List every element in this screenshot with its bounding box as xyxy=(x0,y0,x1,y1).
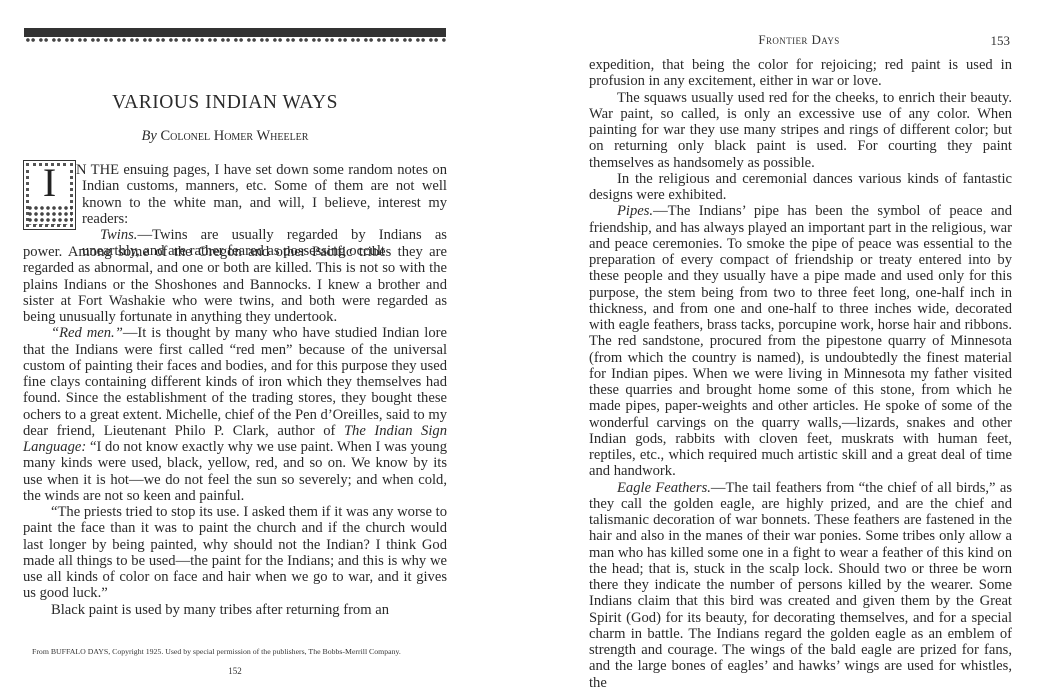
left-body-text: power. Among some of the Oregon and othe… xyxy=(23,244,447,618)
drop-cap-vine-band xyxy=(27,205,72,225)
section-heading-twins: Twins. xyxy=(100,227,137,243)
eagle-feathers-text: —The tail feathers from “the chief of al… xyxy=(589,480,1012,691)
intro-paragraph: N THE ensuing pages, I have set down som… xyxy=(82,162,447,227)
page-number: 153 xyxy=(991,33,1011,49)
body-paragraph: expedition, that being the color for rej… xyxy=(589,57,1012,90)
running-head: Frontier Days 153 xyxy=(588,32,1010,50)
red-men-text: —It is thought by many who have studied … xyxy=(23,325,447,439)
running-head-title: Frontier Days xyxy=(588,32,1010,48)
section-heading-eagle-feathers: Eagle Feathers. xyxy=(617,480,711,496)
body-paragraph-pipes: Pipes.—The Indians’ pipe has been the sy… xyxy=(589,203,1012,479)
footnote: From BUFFALO DAYS, Copyright 1925. Used … xyxy=(23,647,447,656)
body-paragraph: “The priests tried to stop its use. I as… xyxy=(23,504,447,602)
article-title: VARIOUS INDIAN WAYS xyxy=(0,92,450,114)
pipes-text: —The Indians’ pipe has been the symbol o… xyxy=(589,203,1012,479)
section-heading-red-men: “Red men.” xyxy=(51,325,123,341)
footnote-text: From BUFFALO DAYS, Copyright 1925. Used … xyxy=(23,647,401,656)
body-paragraph: In the religious and ceremonial dances v… xyxy=(589,171,1012,204)
author-name: Colonel Homer Wheeler xyxy=(160,128,308,144)
body-paragraph-eagle-feathers: Eagle Feathers.—The tail feathers from “… xyxy=(589,480,1012,691)
body-paragraph: Black paint is used by many tribes after… xyxy=(23,602,447,618)
drop-cap-letter: I xyxy=(24,163,75,203)
right-page: Frontier Days 153 expedition, that being… xyxy=(520,0,1037,697)
byline-by: By xyxy=(142,128,157,144)
vine-ornament-icon xyxy=(24,28,446,44)
body-paragraph-red-men: “Red men.”—It is thought by many who hav… xyxy=(23,325,447,504)
byline: By Colonel Homer Wheeler xyxy=(0,128,450,145)
left-page: VARIOUS INDIAN WAYS By Colonel Homer Whe… xyxy=(0,0,520,697)
section-heading-pipes: Pipes. xyxy=(617,203,653,219)
red-men-quote: “I do not know exactly why we use paint.… xyxy=(23,439,447,504)
page-number: 152 xyxy=(0,666,470,676)
drop-cap-ornament-icon: I xyxy=(23,160,76,230)
body-paragraph: power. Among some of the Oregon and othe… xyxy=(23,244,447,325)
right-body-text: expedition, that being the color for rej… xyxy=(589,57,1012,691)
body-paragraph: The squaws usually used red for the chee… xyxy=(589,90,1012,171)
